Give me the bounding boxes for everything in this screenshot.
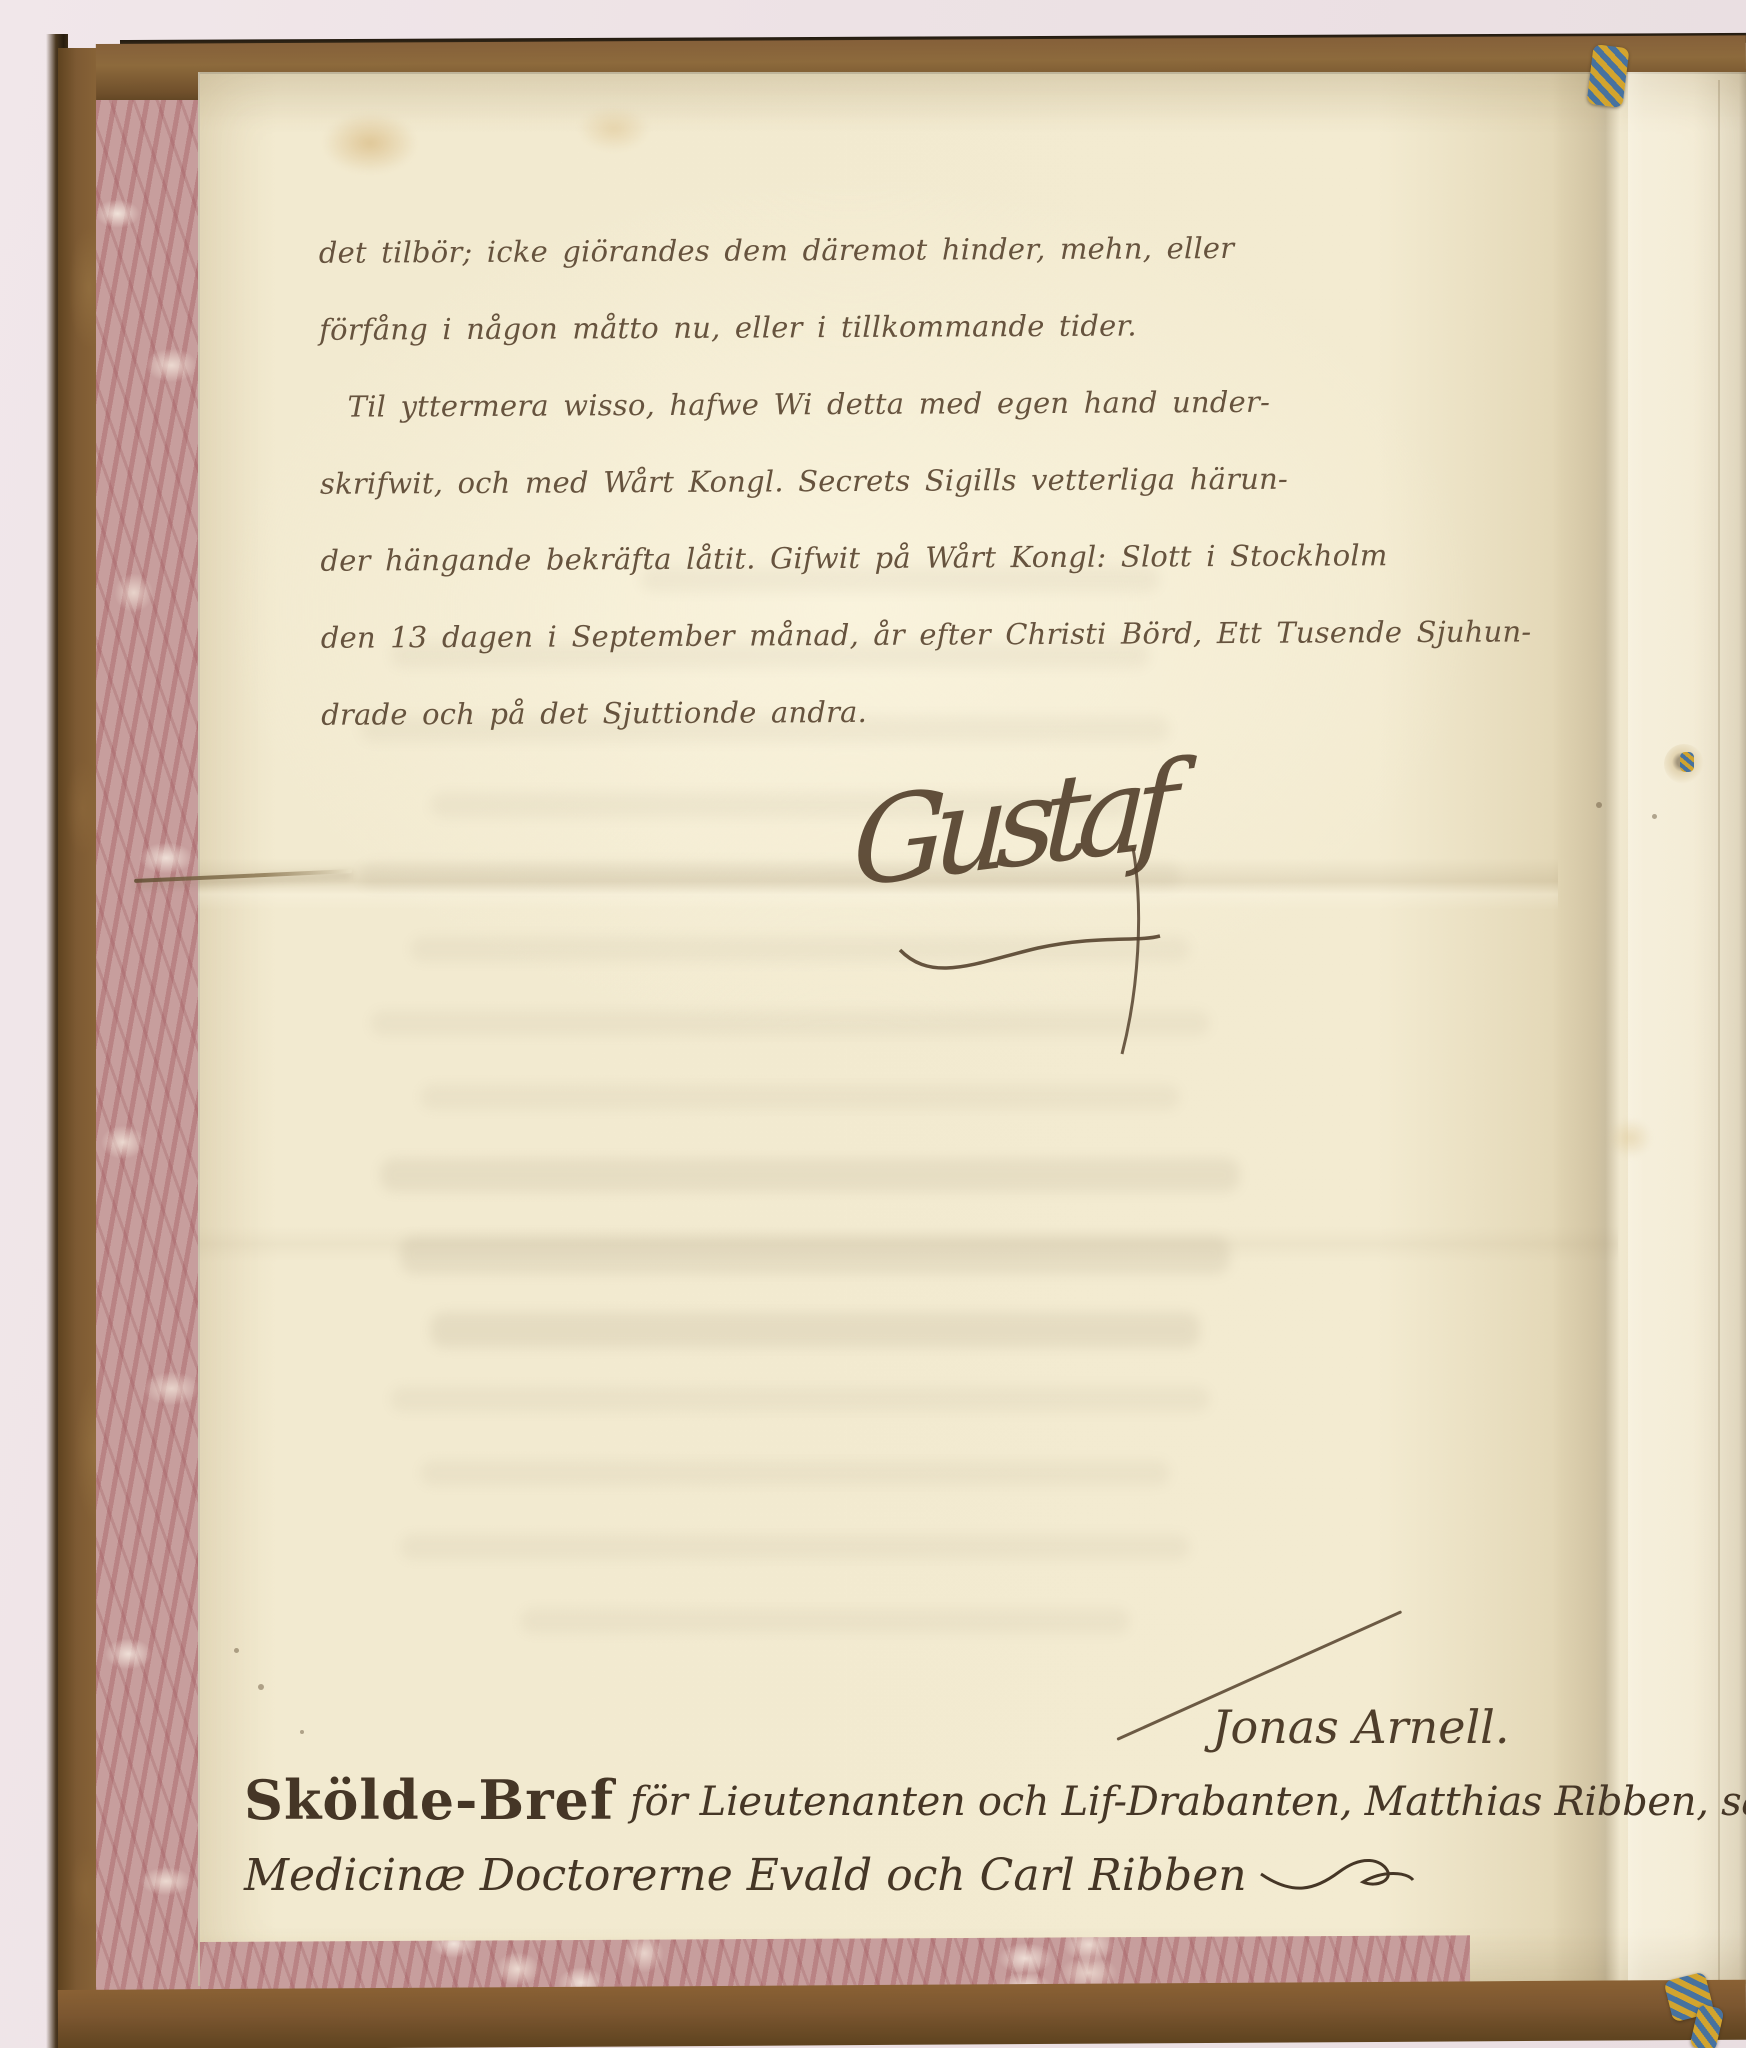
ink-speck: [234, 1648, 239, 1653]
ink-bleed-through: [420, 1460, 1170, 1486]
docket-flourish-swash: [1257, 1856, 1417, 1896]
ink-bleed-through: [520, 1608, 1130, 1634]
countersignature-jonas-arnell: Jonas Arnell.: [1212, 1700, 1510, 1754]
body-line: der hängande bekräfta låtit. Gifwit på W…: [320, 517, 1380, 600]
ink-speck: [300, 1730, 304, 1734]
ink-bleed-through: [380, 1158, 1240, 1192]
docket-line-1: Skölde-Brefför Lieutenanten och Lif-Drab…: [244, 1768, 1746, 1832]
seal-cord-through-page: [1680, 752, 1694, 772]
ink-bleed-through: [400, 1534, 1190, 1560]
ink-bleed-through: [430, 1312, 1200, 1348]
body-line: drade och på det Sjuttionde andra.: [321, 671, 1381, 754]
marbled-endpaper-left: [96, 100, 204, 1995]
right-page-sliver: [1628, 72, 1746, 1984]
body-line: den 13 dagen i September månad, år efter…: [321, 594, 1381, 677]
ink-speck: [1652, 814, 1657, 819]
docket-title: Skölde-Bref: [244, 1768, 614, 1832]
page-edge-line: [1718, 80, 1720, 1980]
ink-speck: [258, 1684, 264, 1690]
body-line: Til yttermera wisso, hafwe Wi detta med …: [319, 363, 1379, 446]
royal-signature-gustaf: Gustaf: [838, 752, 1268, 1102]
leather-cover-bottom: [58, 1980, 1746, 2048]
body-line: förfång i någon måtto nu, eller i tillko…: [319, 286, 1379, 369]
body-line: det tilbör; icke giörandes dem däremot h…: [319, 209, 1379, 292]
ink-speck: [1596, 802, 1602, 808]
paper-stain: [322, 112, 418, 174]
body-line: skrifwit, och med Wårt Kongl. Secrets Si…: [320, 440, 1380, 523]
signature-flourish: [838, 752, 1268, 1102]
paper-stain: [1608, 1118, 1652, 1158]
scanned-manuscript-photo: det tilbör; icke giörandes dem däremot h…: [0, 0, 1746, 2048]
docket-line-2: Medicinæ Doctorerne Evald och Carl Ribbe…: [244, 1850, 1417, 1901]
docket-line-2-text: Medicinæ Doctorerne Evald och Carl Ribbe…: [244, 1850, 1247, 1901]
manuscript-body-text: det tilbör; icke giörandes dem däremot h…: [319, 209, 1382, 754]
seal-cord-top: [1586, 44, 1629, 108]
ink-bleed-through: [400, 1236, 1230, 1274]
docket-line-1-rest: för Lieutenanten och Lif-Drabanten, Matt…: [630, 1779, 1746, 1825]
paper-stain: [578, 106, 650, 152]
ink-bleed-through: [390, 1386, 1210, 1412]
